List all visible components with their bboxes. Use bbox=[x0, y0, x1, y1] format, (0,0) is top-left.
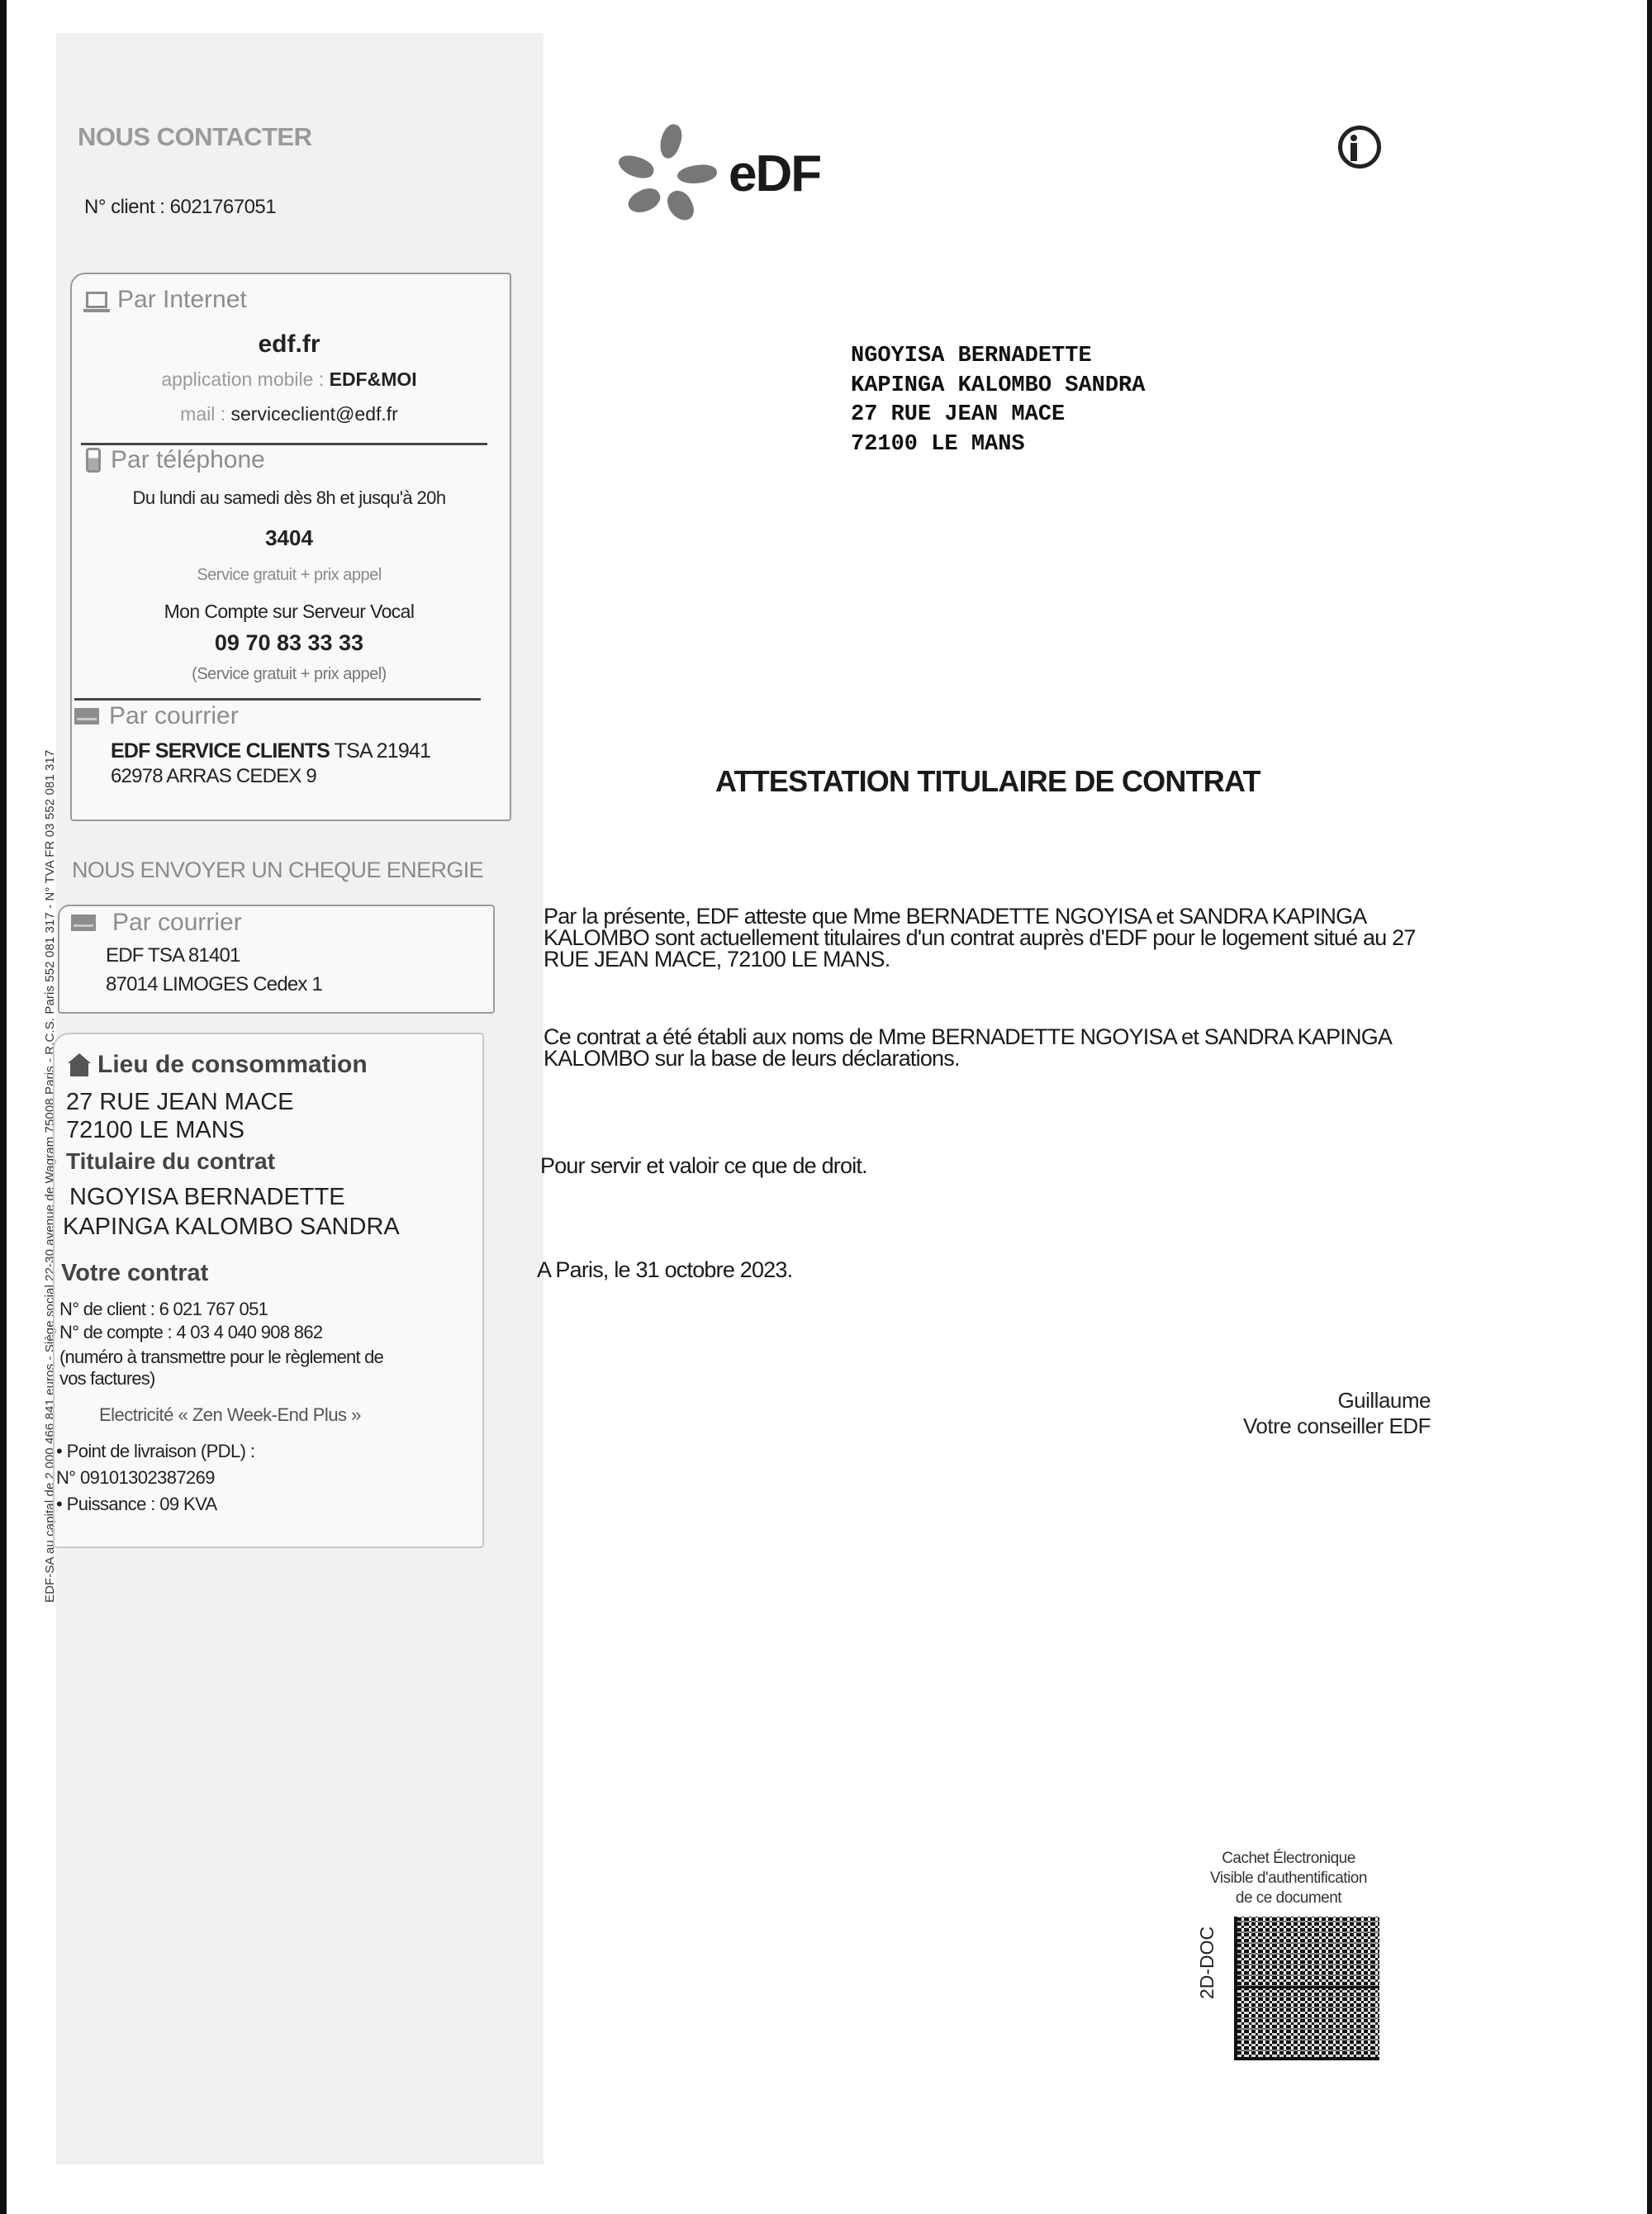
seal-caption-line: de ce document bbox=[1189, 1889, 1388, 1908]
signer-role: Votre conseiller EDF bbox=[1243, 1413, 1431, 1439]
phone-number: 3404 bbox=[70, 525, 508, 551]
vocal-label: Mon Compte sur Serveur Vocal bbox=[70, 601, 508, 623]
document-title: ATTESTATION TITULAIRE DE CONTRAT bbox=[715, 764, 1260, 799]
phone-hours: Du lundi au samedi dès 8h et jusqu'à 20h bbox=[70, 487, 508, 509]
phone-icon bbox=[86, 448, 101, 473]
consumption-address-line2: 72100 LE MANS bbox=[66, 1117, 244, 1144]
phone-section-title: Par téléphone bbox=[86, 446, 265, 474]
closing-formula: Pour servir et valoir ce que de droit. bbox=[540, 1153, 867, 1179]
place-date: A Paris, le 31 octobre 2023. bbox=[537, 1257, 792, 1283]
consumption-title: Lieu de consommation bbox=[68, 1051, 368, 1079]
account-note-line2: vos factures) bbox=[59, 1368, 155, 1390]
phone-note: Service gratuit + prix appel bbox=[70, 566, 508, 585]
consumption-title-text: Lieu de consommation bbox=[97, 1051, 368, 1079]
account-note-line1: (numéro à transmettre pour le règlement … bbox=[59, 1347, 383, 1368]
edf-logo: eDF bbox=[611, 120, 820, 219]
addressee-block: NGOYISA BERNADETTE KAPINGA KALOMBO SANDR… bbox=[851, 342, 1145, 459]
addressee-line: 72100 LE MANS bbox=[851, 430, 1145, 460]
cheque-mail-title: Par courrier bbox=[71, 909, 242, 937]
holder-1: NGOYISA BERNADETTE bbox=[69, 1184, 345, 1211]
paragraph-declaration: Ce contrat a été établi aux noms de Mme … bbox=[544, 1026, 1460, 1069]
cheque-address-line2: 87014 LIMOGES Cedex 1 bbox=[106, 973, 322, 996]
signer-name: Guillaume bbox=[1243, 1388, 1431, 1413]
contract-client-number: N° de client : 6 021 767 051 bbox=[59, 1299, 268, 1320]
internet-section-title: Par Internet bbox=[86, 286, 247, 314]
cheque-address-line1: EDF TSA 81401 bbox=[106, 944, 240, 967]
divider bbox=[81, 443, 487, 445]
app-name: EDF&MOI bbox=[330, 368, 417, 390]
contact-heading: NOUS CONTACTER bbox=[78, 122, 311, 152]
cheque-heading: NOUS ENVOYER UN CHEQUE ENERGIE bbox=[72, 858, 483, 883]
mail-tsa: TSA 21941 bbox=[330, 739, 430, 763]
scan-border-left bbox=[0, 0, 7, 2214]
scan-border-right bbox=[1647, 0, 1652, 2214]
datamatrix-code bbox=[1234, 1917, 1379, 2060]
addressee-line: 27 RUE JEAN MACE bbox=[851, 401, 1145, 430]
envelope-icon bbox=[74, 708, 99, 725]
power-value: • Puissance : 09 KVA bbox=[56, 1494, 217, 1515]
seal-caption-line: Visible d'authentification bbox=[1189, 1869, 1388, 1889]
envelope-icon bbox=[71, 915, 96, 931]
cheque-title: Par courrier bbox=[112, 909, 242, 937]
consumption-address-line1: 27 RUE JEAN MACE bbox=[66, 1089, 294, 1116]
seal-caption: Cachet Électronique Visible d'authentifi… bbox=[1189, 1849, 1388, 1908]
internet-title: Par Internet bbox=[117, 286, 247, 314]
vocal-note: (Service gratuit + prix appel) bbox=[70, 665, 508, 684]
seal-caption-line: Cachet Électronique bbox=[1189, 1849, 1388, 1869]
mail-address-line1: EDF SERVICE CLIENTS TSA 21941 bbox=[111, 739, 430, 763]
mail-section-title: Par courrier bbox=[74, 702, 239, 730]
pdl-label: • Point de livraison (PDL) : bbox=[56, 1441, 254, 1462]
house-icon bbox=[68, 1053, 89, 1076]
mobile-app: application mobile : EDF&MOI bbox=[70, 368, 508, 391]
seal-label: 2D-DOC bbox=[1196, 1927, 1218, 1999]
mail-label: mail : bbox=[180, 403, 230, 425]
vocal-number: 09 70 83 33 33 bbox=[70, 630, 508, 656]
contract-offer: Electricité « Zen Week-End Plus » bbox=[99, 1404, 361, 1426]
mail-title: Par courrier bbox=[109, 702, 239, 730]
paragraph-attestation: Par la présente, EDF atteste que Mme BER… bbox=[544, 905, 1460, 970]
client-number: N° client : 6021767051 bbox=[84, 196, 276, 219]
contact-email: mail : serviceclient@edf.fr bbox=[70, 403, 508, 425]
app-label: application mobile : bbox=[161, 368, 329, 390]
edf-logo-text: eDF bbox=[729, 145, 820, 203]
mail-address-line2: 62978 ARRAS CEDEX 9 bbox=[111, 765, 316, 788]
website-link[interactable]: edf.fr bbox=[70, 330, 508, 359]
addressee-line: KAPINGA KALOMBO SANDRA bbox=[851, 372, 1145, 401]
addressee-line: NGOYISA BERNADETTE bbox=[851, 342, 1145, 372]
divider bbox=[74, 698, 481, 701]
signature-block: Guillaume Votre conseiller EDF bbox=[1243, 1388, 1431, 1439]
holder-2: KAPINGA KALOMBO SANDRA bbox=[63, 1214, 400, 1241]
mail-link[interactable]: serviceclient@edf.fr bbox=[231, 403, 398, 425]
contract-account-number: N° de compte : 4 03 4 040 908 862 bbox=[59, 1322, 322, 1343]
contract-title: Votre contrat bbox=[61, 1260, 208, 1287]
mail-recipient: EDF SERVICE CLIENTS bbox=[111, 739, 330, 763]
edf-flower-icon bbox=[611, 120, 727, 219]
holder-label: Titulaire du contrat bbox=[66, 1148, 275, 1175]
phone-title: Par téléphone bbox=[111, 446, 265, 474]
pdl-value: N° 09101302387269 bbox=[56, 1467, 215, 1489]
recycle-triman-icon bbox=[1338, 126, 1381, 169]
laptop-icon bbox=[86, 292, 107, 308]
